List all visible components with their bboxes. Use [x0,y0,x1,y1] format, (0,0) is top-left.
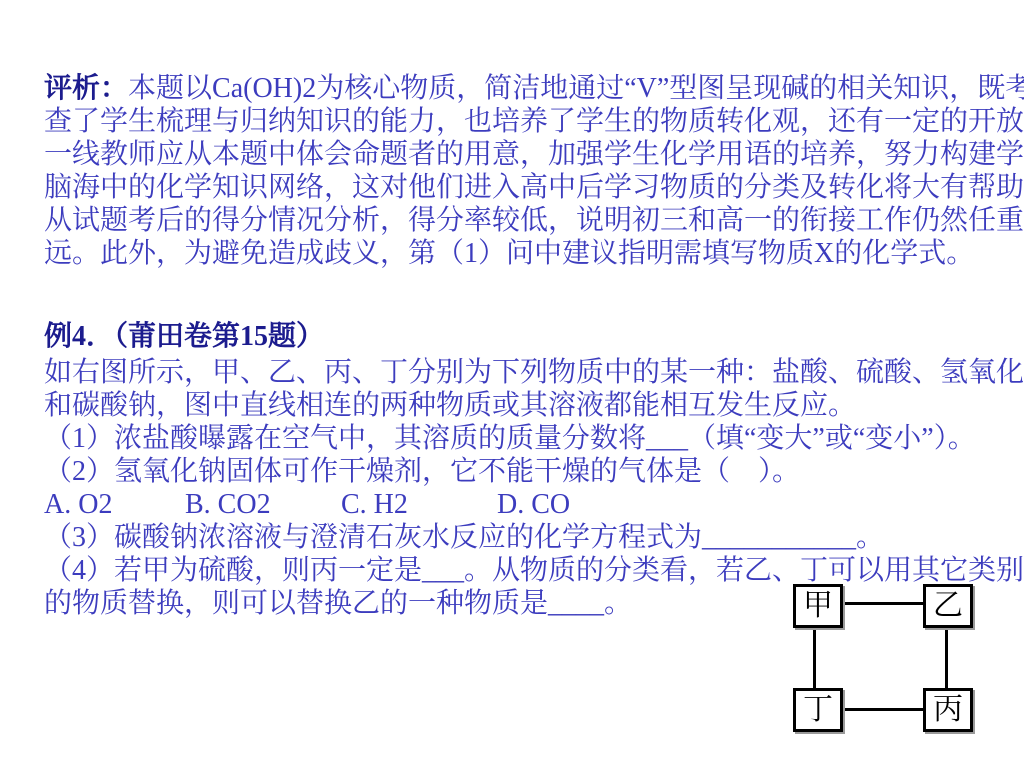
option-a: A. O2 [44,488,185,521]
diagram-node-ding: 丁 [793,688,843,732]
option-b: B. CO2 [185,488,341,521]
edge-jia-ding [813,625,816,691]
analysis-paragraph: 评析：本题以Ca(OH)2为核心物质，简洁地通过“V”型图呈现碱的相关知识，既考… [44,72,1004,270]
relation-diagram: 甲 乙 丁 丙 [780,575,990,745]
diagram-node-bing: 丙 [923,688,973,732]
question-line: 和碳酸钠，图中直线相连的两种物质或其溶液都能相互发生反应。 [44,389,1014,422]
question-line-blank3: （3）碳酸钠浓溶液与澄清石灰水反应的化学方程式为___________。 [44,521,1014,554]
analysis-line-text: 本题以Ca(OH)2为核心物质，简洁地通过“V”型图呈现碱的相关知识，既考 [128,73,1024,104]
analysis-line: 远。此外，为避免造成歧义，第（1）问中建议指明需填写物质X的化学式。 [44,237,1004,270]
question-line-blank1: （1）浓盐酸曝露在空气中，其溶质的质量分数将___（填“变大”或“变小”）。 [44,422,1014,455]
analysis-line: 查了学生梳理与归纳知识的能力，也培养了学生的物质转化观，还有一定的开放度。 [44,105,1004,138]
diagram-node-jia: 甲 [793,584,843,628]
edge-yi-bing [945,625,948,691]
analysis-line: 从试题考后的得分情况分析，得分率较低，说明初三和高一的衔接工作仍然任重道 [44,204,1004,237]
analysis-label: 评析： [44,73,128,104]
analysis-line: 脑海中的化学知识网络，这对他们进入高中后学习物质的分类及转化将大有帮助。 [44,171,1004,204]
question-line: 如右图所示，甲、乙、丙、丁分别为下列物质中的某一种：盐酸、硫酸、氢氧化钠 [44,356,1014,389]
example-title: 例4．（莆田卷第15题） [44,320,324,353]
slide: { "colors": { "heading_blue": "#1c1c8e",… [0,0,1024,768]
diagram-node-yi: 乙 [923,584,973,628]
analysis-line: 一线教师应从本题中体会命题者的用意，加强学生化学用语的培养，努力构建学生 [44,138,1004,171]
option-d: D. CO [497,488,570,521]
edge-ding-bing [840,708,926,711]
option-c: C. H2 [341,488,497,521]
analysis-line: 评析：本题以Ca(OH)2为核心物质，简洁地通过“V”型图呈现碱的相关知识，既考 [44,72,1004,105]
question-line-blank2: （2）氢氧化钠固体可作干燥剂，它不能干燥的气体是（ ）。 [44,455,1014,488]
options-row: A. O2B. CO2C. H2D. CO [44,488,1014,521]
edge-jia-yi [840,602,926,605]
